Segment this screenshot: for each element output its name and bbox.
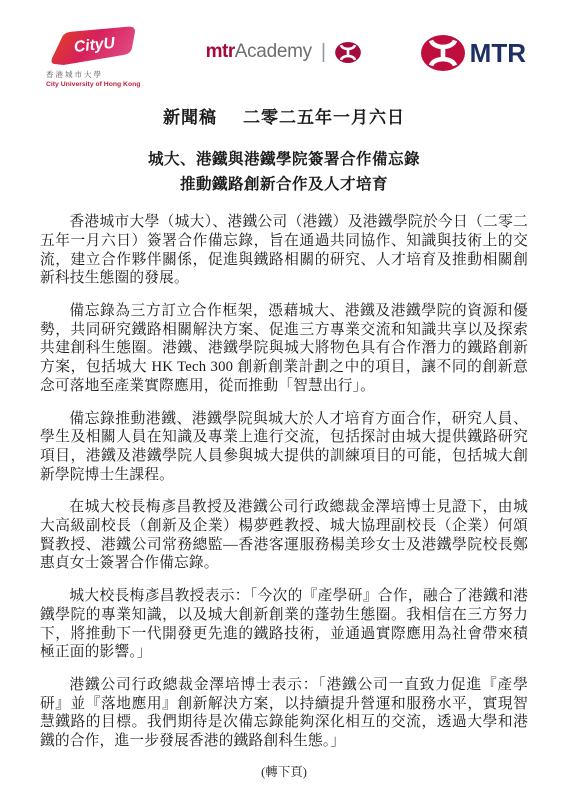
mtr-academy-logo: mtrAcademy | bbox=[206, 41, 361, 64]
mtr-academy-wordmark-bold: mtr bbox=[206, 41, 235, 62]
cityu-name-zh: 香港城市大學 bbox=[46, 71, 146, 79]
title-line-2: 推動鐵路創新合作及人才培育 bbox=[0, 172, 568, 197]
separator-bar: | bbox=[319, 41, 328, 64]
paragraph-2: 備忘錄為三方訂立合作框架，憑藉城大、港鐵及港鐵學院的資源和優勢，共同研究鐵路相關… bbox=[40, 302, 528, 396]
mtr-logo: MTR bbox=[421, 35, 526, 71]
paragraph-3: 備忘錄推動港鐵、港鐵學院與城大於人才培育方面合作，研究人員、學生及相關人員在知識… bbox=[40, 410, 528, 485]
cityu-logo: CityU 香港城市大學 City University of Hong Kon… bbox=[46, 26, 146, 88]
mtr-wordmark: MTR bbox=[470, 38, 526, 69]
mtr-roundel-icon bbox=[421, 35, 465, 71]
paragraph-6: 港鐵公司行政總裁金澤培博士表示：「港鐵公司一直致力促進『產學研』並『落地應用』創… bbox=[40, 676, 528, 751]
mtr-academy-wordmark-light: Academy bbox=[235, 41, 312, 62]
document-body: 香港城市大學（城大）、港鐵公司（港鐵）及港鐵學院於今日（二零二五年一月六日）簽署… bbox=[40, 213, 528, 751]
paragraph-5: 城大校長梅彥昌教授表示：「今次的『產學研』合作，融合了港鐵和港鐵學院的專業知識，… bbox=[40, 587, 528, 662]
press-release-page: CityU 香港城市大學 City University of Hong Kon… bbox=[0, 0, 568, 800]
document-type: 新聞稿 bbox=[163, 108, 217, 127]
page-continuation-note: (轉下頁) bbox=[0, 762, 568, 780]
paragraph-4: 在城大校長梅彥昌教授及港鐵公司行政總裁金澤培博士見證下，由城大高級副校長（創新及… bbox=[40, 498, 528, 573]
cityu-name-en: City University of Hong Kong bbox=[46, 81, 146, 88]
document-title: 城大、港鐵與港鐵學院簽署合作備忘錄 推動鐵路創新合作及人才培育 bbox=[0, 147, 568, 197]
document-heading-line: 新聞稿二零二五年一月六日 bbox=[0, 103, 568, 128]
logo-header: CityU 香港城市大學 City University of Hong Kon… bbox=[0, 0, 568, 90]
document-date: 二零二五年一月六日 bbox=[243, 108, 405, 127]
mtr-roundel-icon bbox=[335, 42, 361, 63]
paragraph-1: 香港城市大學（城大）、港鐵公司（港鐵）及港鐵學院於今日（二零二五年一月六日）簽署… bbox=[40, 213, 528, 288]
title-line-1: 城大、港鐵與港鐵學院簽署合作備忘錄 bbox=[0, 147, 568, 172]
cityu-swoosh-icon: CityU bbox=[46, 26, 138, 66]
